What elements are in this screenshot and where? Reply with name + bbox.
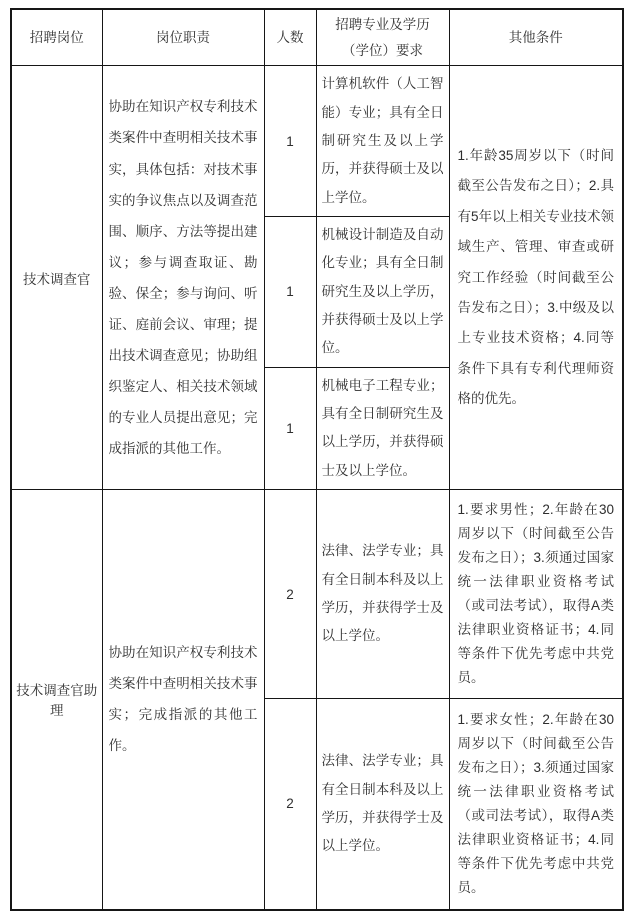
duty-cell-investigator: 协助在知识产权专利技术类案件中查明相关技术事实，具体包括：对技术事实的争议焦点以… bbox=[102, 66, 264, 490]
header-count: 人数 bbox=[264, 9, 316, 66]
count-cell: 1 bbox=[264, 217, 316, 368]
recruitment-table: 招聘岗位 岗位职责 人数 招聘专业及学历（学位）要求 其他条件 技术调查官 协助… bbox=[10, 8, 624, 911]
count-cell: 2 bbox=[264, 699, 316, 910]
table-row: 技术调查官助理 协助在知识产权专利技术类案件中查明相关技术事实；完成指派的其他工… bbox=[11, 490, 623, 699]
major-cell: 机械电子工程专业；具有全日制研究生及以上学历，并获得硕士及以上学位。 bbox=[316, 367, 449, 489]
duty-cell-assistant: 协助在知识产权专利技术类案件中查明相关技术事实；完成指派的其他工作。 bbox=[102, 490, 264, 910]
major-cell: 机械设计制造及自动化专业；具有全日制研究生及以上学历，并获得硕士及以上学位。 bbox=[316, 217, 449, 368]
major-cell: 法律、法学专业；具有全日制本科及以上学历，并获得学士及以上学位。 bbox=[316, 490, 449, 699]
table-row: 技术调查官 协助在知识产权专利技术类案件中查明相关技术事实，具体包括：对技术事实… bbox=[11, 66, 623, 217]
count-cell: 1 bbox=[264, 66, 316, 217]
other-conditions-cell-investigator: 1.年龄35周岁以下（时间截至公告发布之日）；2.具有5年以上相关专业技术领域生… bbox=[449, 66, 623, 490]
header-duty: 岗位职责 bbox=[102, 9, 264, 66]
major-cell: 计算机软件（人工智能）专业；具有全日制研究生及以上学历，并获得硕士及以上学位。 bbox=[316, 66, 449, 217]
other-conditions-cell-female: 1.要求女性；2.年龄在30周岁以下（时间截至公告发布之日）；3.须通过国家统一… bbox=[449, 699, 623, 910]
other-conditions-cell-male: 1.要求男性；2.年龄在30周岁以下（时间截至公告发布之日）；3.须通过国家统一… bbox=[449, 490, 623, 699]
position-cell-assistant: 技术调查官助理 bbox=[11, 490, 102, 910]
header-position: 招聘岗位 bbox=[11, 9, 102, 66]
count-cell: 1 bbox=[264, 367, 316, 489]
major-cell: 法律、法学专业；具有全日制本科及以上学历，并获得学士及以上学位。 bbox=[316, 699, 449, 910]
header-major: 招聘专业及学历（学位）要求 bbox=[316, 9, 449, 66]
position-cell-investigator: 技术调查官 bbox=[11, 66, 102, 490]
header-other: 其他条件 bbox=[449, 9, 623, 66]
table-header-row: 招聘岗位 岗位职责 人数 招聘专业及学历（学位）要求 其他条件 bbox=[11, 9, 623, 66]
count-cell: 2 bbox=[264, 490, 316, 699]
